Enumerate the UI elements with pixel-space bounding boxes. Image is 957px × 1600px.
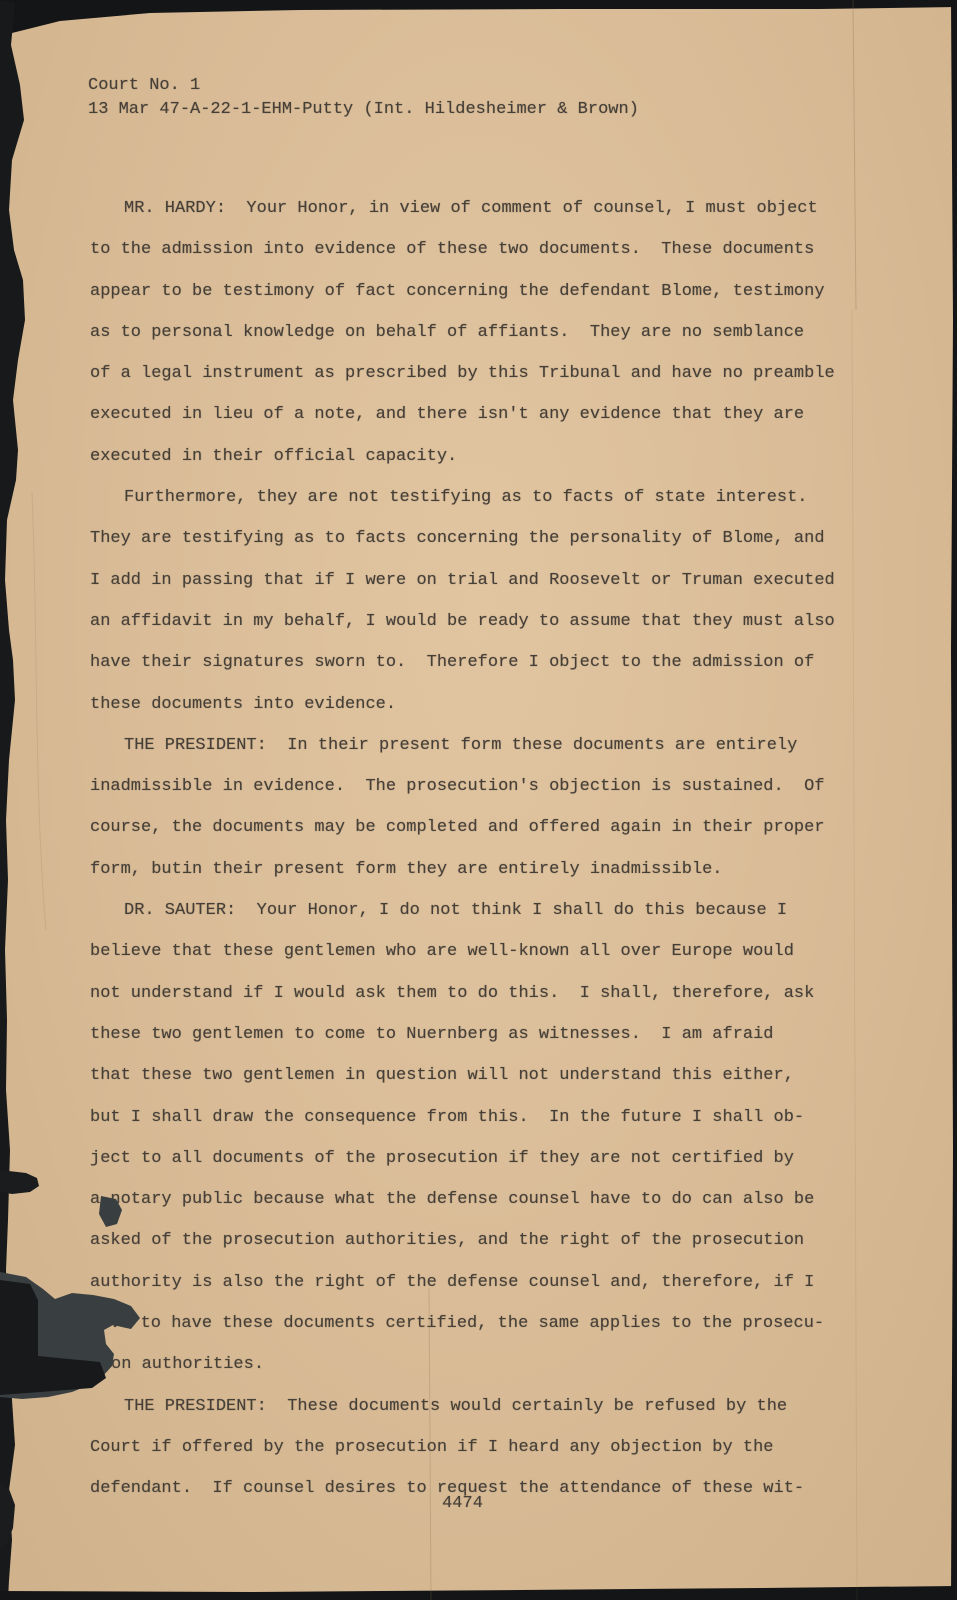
header-line: 13 Mar 47-A-22-1-EHM-Putty (Int. Hildesh… (88, 98, 639, 122)
transcript-line: DR. SAUTER: Your Honor, I do not think I… (90, 890, 850, 931)
transcript-line: I add in passing that if I were on trial… (90, 560, 850, 601)
transcript-line: THE PRESIDENT: These documents would cer… (90, 1386, 850, 1427)
transcript-line: executed in their official capacity. (90, 436, 850, 477)
transcript-line: these two gentlemen to come to Nuernberg… (90, 1014, 850, 1055)
transcript-line: an affidavit in my behalf, I would be re… (90, 601, 850, 642)
transcript-line: course, the documents may be completed a… (90, 807, 850, 848)
transcript-line: asked of the prosecution authorities, an… (90, 1220, 850, 1261)
transcript-line: THE PRESIDENT: In their present form the… (90, 725, 850, 766)
header-line: Court No. 1 (88, 74, 639, 98)
transcript-line: these documents into evidence. (90, 684, 850, 725)
transcript-line: on authorities. (90, 1344, 850, 1385)
transcript-line: They are testifying as to facts concerni… (90, 518, 850, 559)
transcript-line: that these two gentlemen in question wil… (90, 1055, 850, 1096)
transcript-line: form, butin their present form they are … (90, 849, 850, 890)
transcript-line: Furthermore, they are not testifying as … (90, 477, 850, 518)
transcript-line: Court if offered by the prosecution if I… (90, 1427, 850, 1468)
transcript-line: not understand if I would ask them to do… (90, 973, 850, 1014)
transcript-line: authority is also the right of the defen… (90, 1262, 850, 1303)
transcript-line: executed in lieu of a note, and there is… (90, 394, 850, 435)
transcript-line: as to personal knowledge on behalf of af… (90, 312, 850, 353)
transcript-line: inadmissible in evidence. The prosecutio… (90, 766, 850, 807)
scanned-page: Court No. 113 Mar 47-A-22-1-EHM-Putty (I… (0, 0, 957, 1600)
transcript-line: have their signatures sworn to. Therefor… (90, 642, 850, 683)
transcript-line: of a legal instrument as prescribed by t… (90, 353, 850, 394)
transcript-line: ve to have these documents certified, th… (90, 1303, 850, 1344)
transcript-line: to the admission into evidence of these … (90, 229, 850, 270)
page-number: 4474 (90, 1492, 835, 1516)
transcript-body: MR. HARDY: Your Honor, in view of commen… (90, 188, 850, 1510)
transcript-line: MR. HARDY: Your Honor, in view of commen… (90, 188, 850, 229)
transcript-line: a notary public because what the defense… (90, 1179, 850, 1220)
page-header: Court No. 113 Mar 47-A-22-1-EHM-Putty (I… (88, 74, 639, 122)
transcript-line: ject to all documents of the prosecution… (90, 1138, 850, 1179)
transcript-line: but I shall draw the consequence from th… (90, 1097, 850, 1138)
transcript-line: believe that these gentlemen who are wel… (90, 931, 850, 972)
transcript-line: appear to be testimony of fact concernin… (90, 271, 850, 312)
